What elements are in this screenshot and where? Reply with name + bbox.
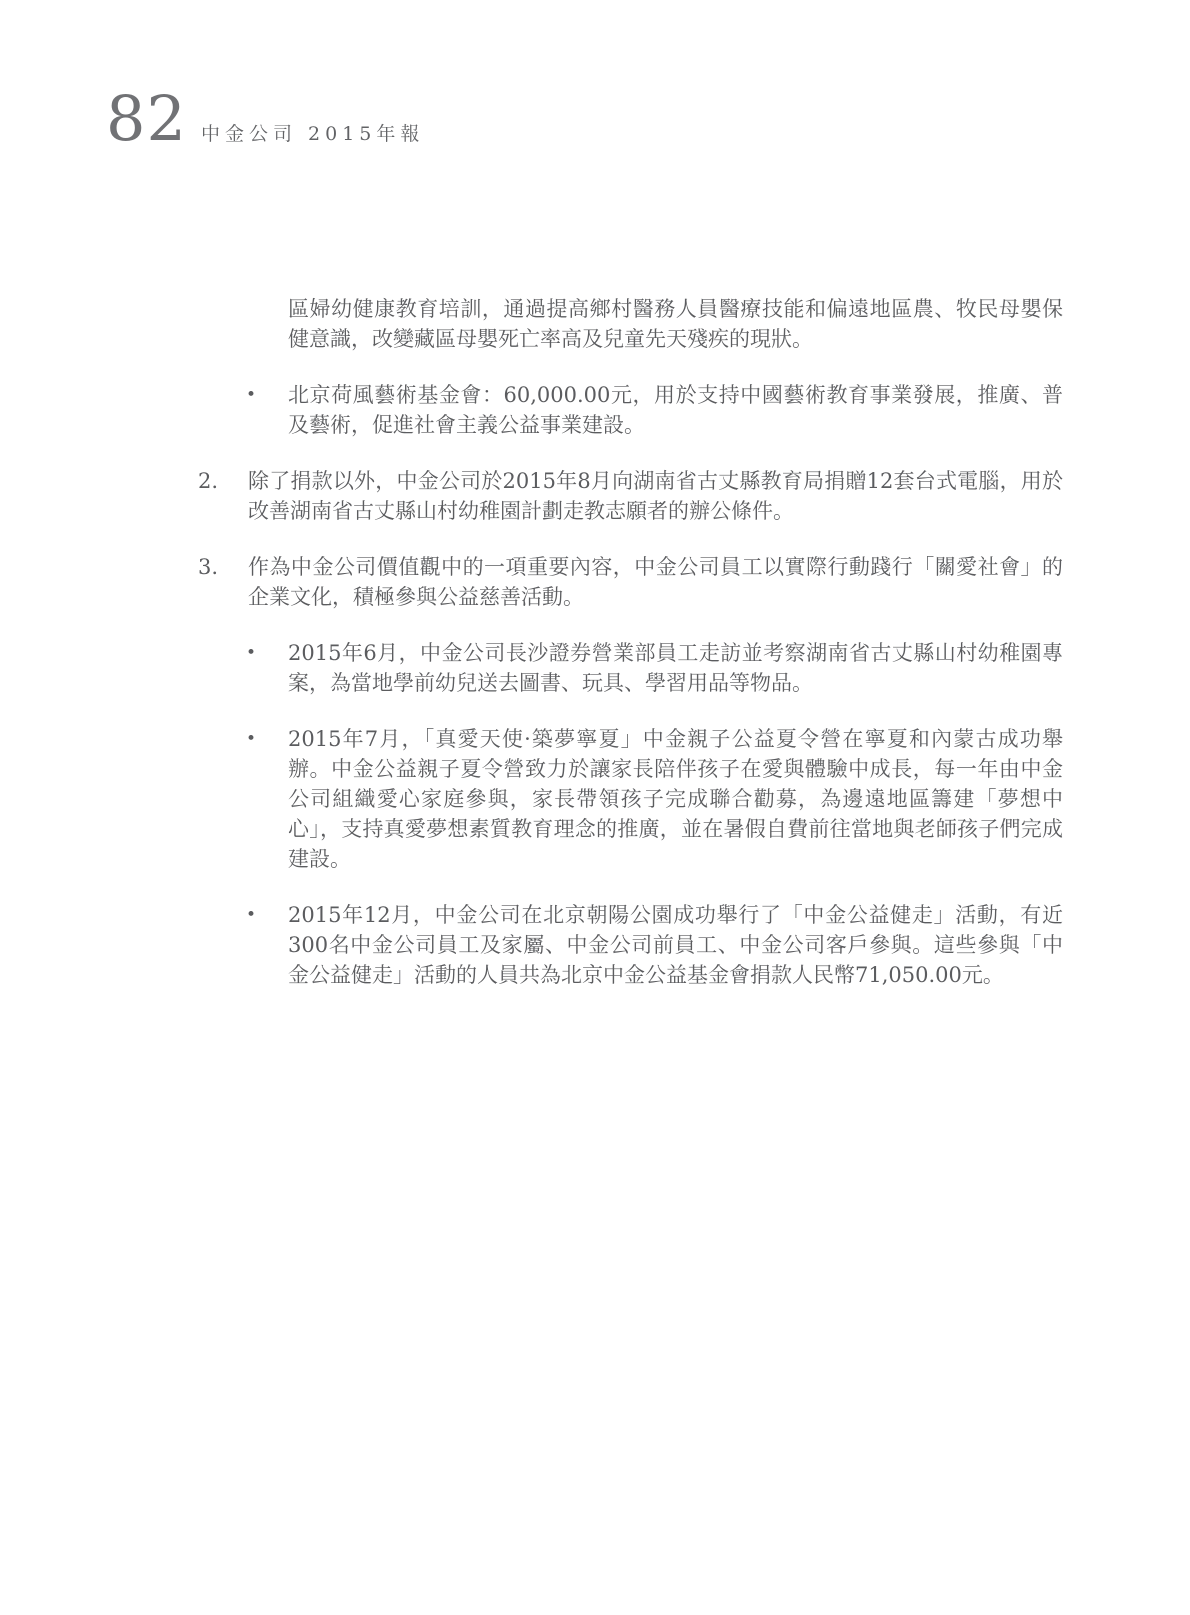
bullet-text: 2015年6月，中金公司長沙證券營業部員工走訪並考察湖南省古丈縣山村幼稚園專案，… [288, 638, 1063, 698]
paragraph-text: 區婦幼健康教育培訓，通過提高鄉村醫務人員醫療技能和偏遠地區農、牧民母嬰保健意識，… [288, 294, 1063, 354]
numbered-item-2: 2. 除了捐款以外，中金公司於2015年8月向湖南省古丈縣教育局捐贈12套台式電… [198, 466, 1063, 526]
bullet-item-hefeng-foundation: • 北京荷風藝術基金會：60,000.00元，用於支持中國藝術教育事業發展，推廣… [198, 380, 1063, 440]
item-text: 作為中金公司價值觀中的一項重要內容，中金公司員工以實際行動踐行「關愛社會」的企業… [248, 552, 1063, 612]
item-number: 3. [198, 552, 248, 612]
bullet-text: 2015年12月，中金公司在北京朝陽公園成功舉行了「中金公益健走」活動，有近30… [288, 900, 1063, 990]
page-number: 82 [106, 88, 187, 150]
item-number: 2. [198, 466, 248, 526]
running-header-title: 中金公司 2015年報 [201, 122, 424, 146]
numbered-item-3: 3. 作為中金公司價值觀中的一項重要內容，中金公司員工以實際行動踐行「關愛社會」… [198, 552, 1063, 612]
bullet-item-june-2015: • 2015年6月，中金公司長沙證券營業部員工走訪並考察湖南省古丈縣山村幼稚園專… [198, 638, 1063, 698]
paragraph-continuation: 區婦幼健康教育培訓，通過提高鄉村醫務人員醫療技能和偏遠地區農、牧民母嬰保健意識，… [198, 294, 1063, 354]
bullet-marker: • [238, 900, 288, 990]
item-text: 除了捐款以外，中金公司於2015年8月向湖南省古丈縣教育局捐贈12套台式電腦，用… [248, 466, 1063, 526]
page-content: 區婦幼健康教育培訓，通過提高鄉村醫務人員醫療技能和偏遠地區農、牧民母嬰保健意識，… [198, 294, 1063, 990]
bullet-text: 北京荷風藝術基金會：60,000.00元，用於支持中國藝術教育事業發展，推廣、普… [288, 380, 1063, 440]
bullet-item-july-2015: • 2015年7月，「真愛天使·築夢寧夏」中金親子公益夏令營在寧夏和內蒙古成功舉… [198, 724, 1063, 874]
bullet-text: 2015年7月，「真愛天使·築夢寧夏」中金親子公益夏令營在寧夏和內蒙古成功舉辦。… [288, 724, 1063, 874]
bullet-item-december-2015: • 2015年12月，中金公司在北京朝陽公園成功舉行了「中金公益健走」活動，有近… [198, 900, 1063, 990]
report-page: 82 中金公司 2015年報 區婦幼健康教育培訓，通過提高鄉村醫務人員醫療技能和… [0, 0, 1190, 1615]
bullet-marker: • [238, 724, 288, 874]
bullet-marker: • [238, 638, 288, 698]
bullet-marker: • [238, 380, 288, 440]
